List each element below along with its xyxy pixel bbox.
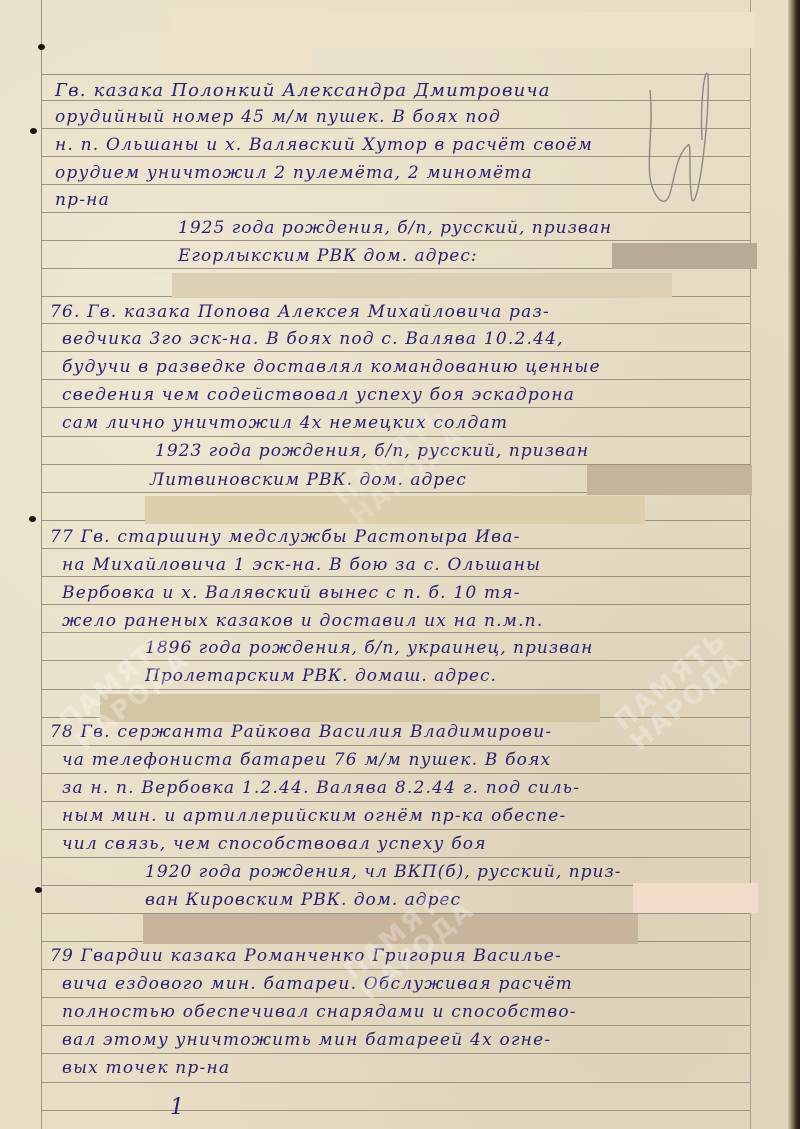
redaction-block — [612, 243, 757, 269]
entry-line: Вербовка и х. Валявский вынес с п. б. 10… — [62, 583, 521, 603]
redaction-block — [172, 12, 755, 48]
entry-line: жело раненых казаков и доставил их на п.… — [62, 611, 543, 631]
entry-line: орудием уничтожил 2 пулемёта, 2 миномёта — [55, 163, 533, 183]
redaction-block — [172, 273, 672, 298]
left-margin-line — [41, 0, 42, 1129]
punch-hole — [38, 44, 45, 50]
entry-line: 77 Гв. старшину медслужбы Растопыра Ива- — [50, 527, 521, 547]
entry-line: ча телефониста батареи 76 м/м пушек. В б… — [62, 750, 551, 770]
entry-line: чил связь, чем способствовал успеху боя — [62, 834, 487, 854]
entry-line: пр-на — [55, 190, 110, 210]
ruled-line — [41, 1053, 751, 1054]
ruled-line — [41, 801, 751, 802]
page-edge-shadow — [788, 0, 800, 1129]
ruled-line — [41, 1110, 751, 1111]
punch-hole — [29, 516, 36, 522]
document-page: Гв. казака Полонкий Александра Дмитрович… — [0, 0, 800, 1129]
ruled-line — [41, 576, 751, 577]
entry-line: Гв. казака Полонкий Александра Дмитрович… — [55, 80, 551, 101]
ruled-line — [41, 548, 751, 549]
redaction-block — [100, 694, 600, 722]
entry-line: вых точек пр-на — [62, 1058, 230, 1078]
ruled-line — [41, 351, 751, 352]
bio-line: Пролетарским РВК. домаш. адрес. — [145, 666, 497, 686]
ruled-line — [41, 379, 751, 380]
bio-line: 1920 года рождения, чл ВКП(б), русский, … — [145, 862, 621, 882]
bio-line: Егорлыкским РВК дом. адрес: — [178, 246, 478, 266]
entry-line: н. п. Ольшаны и х. Валявский Хутор в рас… — [55, 135, 593, 155]
entry-line: ведчика 3го эск-на. В боях под с. Валява… — [62, 329, 564, 349]
ruled-line — [41, 829, 751, 830]
entry-line: за н. п. Вербовка 1.2.44. Валява 8.2.44 … — [62, 778, 580, 798]
entry-line: орудийный номер 45 м/м пушек. В боях под — [55, 107, 501, 127]
ruled-line — [41, 407, 751, 408]
right-margin-line — [750, 0, 751, 1129]
ruled-line — [41, 604, 751, 605]
punch-hole — [35, 887, 42, 893]
entry-line: будучи в разведке доставлял командованию… — [62, 357, 601, 377]
entry-line: 79 Гвардии казака Романченко Григория Ва… — [50, 946, 562, 966]
redaction-block — [587, 465, 752, 495]
ruled-line — [41, 323, 751, 324]
ruled-line — [41, 632, 751, 633]
entry-line: 76. Гв. казака Попова Алексея Михайлович… — [50, 302, 550, 322]
entry-line: на Михайловича 1 эск-на. В бою за с. Оль… — [62, 555, 541, 575]
ruled-line — [41, 997, 751, 998]
ruled-line — [41, 773, 751, 774]
bio-line: 1896 года рождения, б/п, украинец, призв… — [145, 638, 593, 658]
ruled-line — [41, 1082, 751, 1083]
ruled-line — [41, 857, 751, 858]
punch-hole — [30, 128, 37, 134]
entry-line: ным мин. и артиллерийским огнём пр-ка об… — [62, 806, 566, 826]
ruled-line — [41, 212, 751, 213]
bio-line: 1925 года рождения, б/п, русский, призва… — [178, 218, 612, 238]
entry-line: вича ездового мин. батареи. Обслуживая р… — [62, 974, 573, 994]
redaction-block — [162, 48, 312, 72]
redaction-block — [633, 883, 758, 913]
ruled-line — [41, 1025, 751, 1026]
watermark: ПАМЯТЬ НАРОДА — [609, 627, 748, 756]
ruled-line — [41, 240, 751, 241]
entry-line: сведения чем содействовал успеху боя эск… — [62, 385, 575, 405]
entry-line: вал этому уничтожить мин батареей 4х огн… — [62, 1030, 551, 1050]
entry-line: полностью обеспечивал снарядами и способ… — [62, 1002, 577, 1022]
pencil-signature-icon — [630, 60, 720, 210]
page-number: 1 — [170, 1095, 184, 1120]
